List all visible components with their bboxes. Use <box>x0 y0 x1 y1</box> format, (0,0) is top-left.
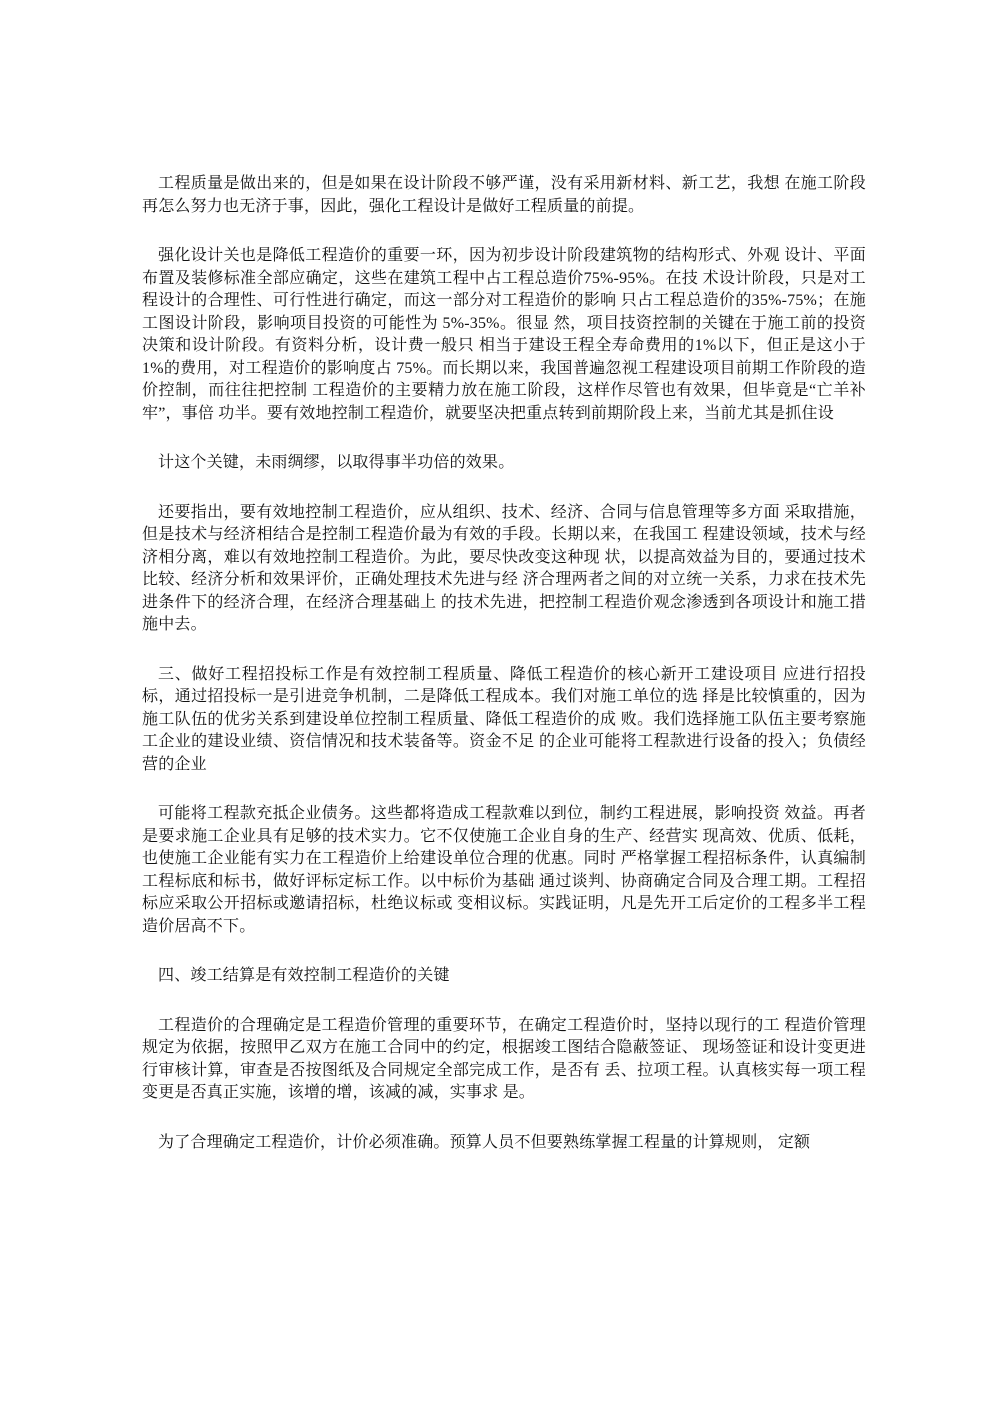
section-heading-4-settlement: 四、竣工结算是有效控制工程造价的关键 <box>142 965 866 988</box>
paragraph-continuation-key: 计这个关键，未雨绸缪，以取得事半功倍的效果。 <box>142 452 866 475</box>
paragraph-contractor-selection: 可能将工程款充抵企业债务。这些都将造成工程款难以到位，制约工程进展，影响投资 效… <box>142 803 866 938</box>
paragraph-settlement-review: 工程造价的合理确定是工程造价管理的重要环节，在确定工程造价时，坚持以现行的工 程… <box>142 1015 866 1105</box>
paragraph-tech-economy-combination: 还要指出，要有效地控制工程造价，应从组织、技术、经济、合同与信息管理等多方面 采… <box>142 502 866 637</box>
document-page: 工程质量是做出来的，但是如果在设计阶段不够严谨，没有采用新材料、新工艺，我想 在… <box>142 173 866 1181</box>
paragraph-accurate-pricing: 为了合理确定工程造价，计价必须准确。预算人员不但要熟练掌握工程量的计算规则， 定… <box>142 1132 866 1155</box>
paragraph-design-stage-cost: 强化设计关也是降低工程造价的重要一环，因为初步设计阶段建筑物的结构形式、外观 设… <box>142 245 866 425</box>
paragraph-section-3-bidding: 三、做好工程招投标工作是有效控制工程质量、降低工程造价的核心新开工建设项目 应进… <box>142 664 866 777</box>
paragraph-quality-premise: 工程质量是做出来的，但是如果在设计阶段不够严谨，没有采用新材料、新工艺，我想 在… <box>142 173 866 218</box>
